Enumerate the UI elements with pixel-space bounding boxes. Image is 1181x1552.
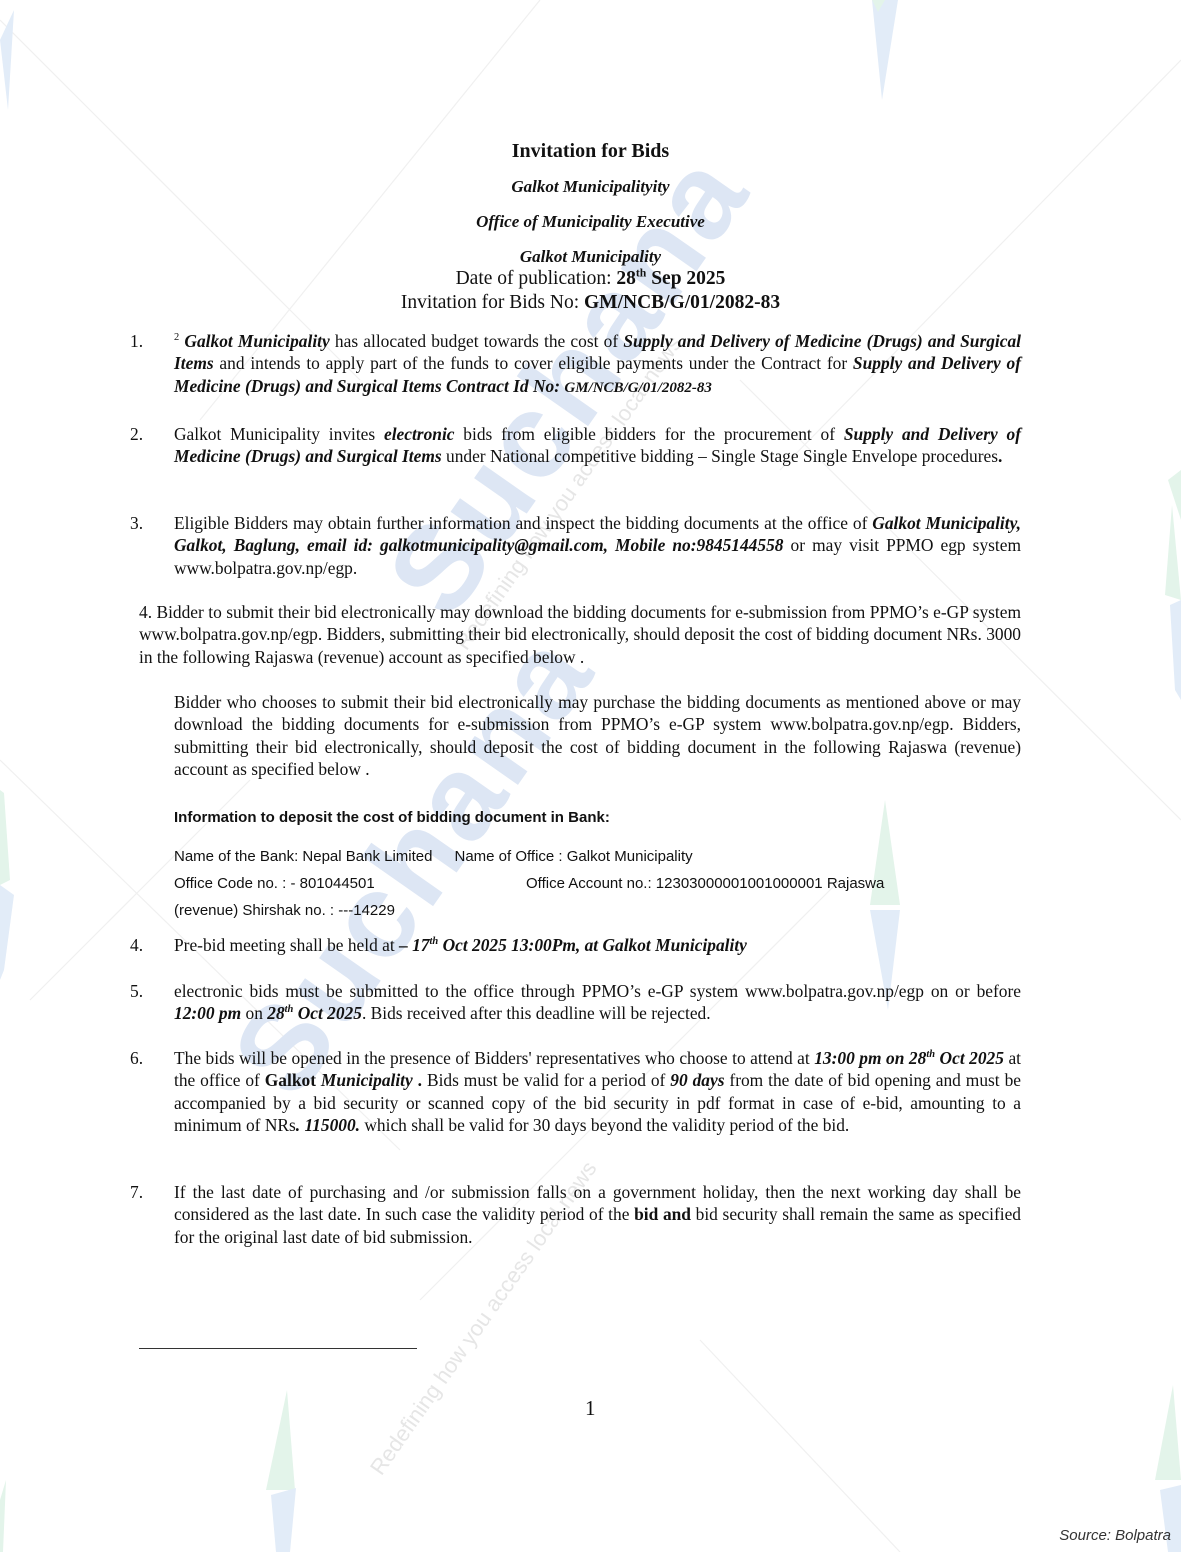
office-account: Office Account no.: 12303000001001000001… <box>526 875 884 892</box>
para-1-number: 1. <box>130 330 143 352</box>
para-3-number: 3. <box>130 512 143 534</box>
footnote-divider <box>139 1348 417 1349</box>
para-4b: Bidder who chooses to submit their bid e… <box>174 691 1021 780</box>
para-submission: electronic bids must be submitted to the… <box>174 980 1021 1025</box>
bank-name: Name of the Bank: Nepal Bank Limited <box>174 848 432 865</box>
ifb-number: Invitation for Bids No: GM/NCB/G/01/2082… <box>0 292 1181 314</box>
page-number: 1 <box>585 1396 596 1421</box>
bank-info-heading: Information to deposit the cost of biddi… <box>174 809 610 826</box>
para-opening: The bids will be opened in the presence … <box>174 1047 1021 1136</box>
footnote-ref: 2 <box>174 332 179 343</box>
para-prebid: Pre-bid meeting shall be held at – 17th … <box>174 934 1021 956</box>
para-8-number: 7. <box>130 1181 143 1203</box>
bank-info-row-1: Name of the Bank: Nepal Bank LimitedName… <box>174 848 693 865</box>
publication-date: Date of publication: 28th Sep 2025 <box>0 268 1181 290</box>
para-2-number: 2. <box>130 423 143 445</box>
para-5-number: 4. <box>130 934 143 956</box>
para-7-number: 6. <box>130 1047 143 1069</box>
shirshak-number: (revenue) Shirshak no. : ---14229 <box>174 902 395 919</box>
office-name: Office of Municipality Executive <box>0 212 1181 232</box>
office-name-bank: Name of Office : Galkot Municipality <box>454 848 692 865</box>
source-label: Source: Bolpatra <box>1059 1527 1171 1544</box>
org-name: Galkot Municipalityity <box>0 177 1181 197</box>
document-title: Invitation for Bids <box>0 140 1181 163</box>
bank-info-row-2: Office Code no. : - 801044501 <box>174 875 375 892</box>
office-code: Office Code no. : - 801044501 <box>174 875 375 892</box>
municipality-name: Galkot Municipality <box>0 247 1181 267</box>
para-4: 4. Bidder to submit their bid electronic… <box>139 601 1021 668</box>
para-6-number: 5. <box>130 980 143 1002</box>
para-1: 2 Galkot Municipality has allocated budg… <box>174 330 1021 399</box>
para-2: Galkot Municipality invites electronic b… <box>174 423 1021 468</box>
para-3: Eligible Bidders may obtain further info… <box>174 512 1021 579</box>
para-holiday: If the last date of purchasing and /or s… <box>174 1181 1021 1248</box>
document-page: Invitation for Bids Galkot Municipalityi… <box>0 0 1181 1552</box>
